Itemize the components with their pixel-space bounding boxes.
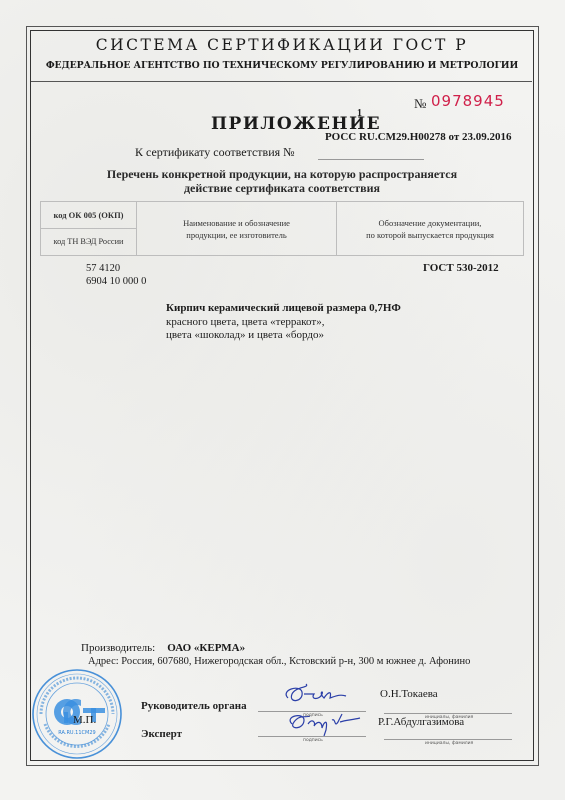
form-number-label: № — [414, 96, 426, 112]
head-name: О.Н.Токаева — [380, 688, 438, 700]
head-signature-caption: подпись — [303, 713, 323, 718]
producer: Производитель:ОАО «КЕРМА» — [81, 642, 245, 654]
documentation-header-line-1: Обозначение документации, — [339, 217, 521, 229]
expert-signature-caption: подпись — [303, 738, 323, 743]
product-name-header: Наименование и обозначение продукции, ее… — [137, 202, 337, 256]
system-title: СИСТЕМА СЕРТИФИКАЦИИ ГОСТ Р — [30, 36, 534, 54]
head-signature-icon — [280, 680, 350, 710]
code-okp-header: код ОК 005 (ОКП) — [41, 202, 137, 229]
product-name-header-line-1: Наименование и обозначение — [139, 217, 334, 229]
head-signature-line — [258, 711, 366, 712]
producer-label: Производитель: — [81, 642, 155, 654]
agency-name: ФЕДЕРАЛЬНОЕ АГЕНТСТВО ПО ТЕХНИЧЕСКОМУ РЕ… — [30, 60, 534, 71]
expert-name: Р.Г.Абдулгазимова — [378, 716, 464, 728]
product-document: ГОСТ 530-2012 — [423, 262, 499, 274]
scope-line-1: Перечень конкретной продукции, на котору… — [40, 167, 524, 181]
product-description: Кирпич керамический лицевой размера 0,7Н… — [166, 302, 401, 343]
scope-statement: Перечень конкретной продукции, на котору… — [40, 167, 524, 195]
certificate-label: К сертификату соответствия № — [135, 145, 295, 160]
header-table: код ОК 005 (ОКП) Наименование и обозначе… — [40, 201, 524, 256]
product-name-header-line-2: продукции, ее изготовитель — [139, 229, 334, 241]
code-okp: 57 4120 — [86, 262, 146, 275]
expert-name-caption: инициалы, фамилия — [425, 741, 473, 746]
product-desc-line-1: красного цвета, цвета «терракот», — [166, 316, 401, 330]
form-number: 0978945 — [431, 92, 505, 110]
product-desc-line-2: цвета «шоколад» и цвета «бордо» — [166, 329, 401, 343]
stamp-mark: М.П. — [73, 714, 96, 726]
code-tnved-header: код ТН ВЭД России — [41, 229, 137, 256]
expert-name-line — [384, 739, 512, 740]
head-name-line — [384, 713, 512, 714]
producer-address: Адрес: Россия, 607680, Нижегородская обл… — [88, 656, 470, 667]
head-of-body-label: Руководитель органа — [141, 700, 247, 712]
expert-label: Эксперт — [141, 728, 182, 740]
expert-signature-line — [258, 736, 366, 737]
certificate-number-line — [318, 159, 424, 160]
certificate-reference: РОСС RU.СМ29.Н00278 от 23.09.2016 — [325, 131, 512, 143]
code-tnved: 6904 10 000 0 — [86, 275, 146, 288]
producer-name: ОАО «КЕРМА» — [167, 642, 245, 654]
documentation-header: Обозначение документации, по которой вып… — [337, 202, 524, 256]
scope-line-2: действие сертификата соответствия — [40, 181, 524, 195]
header-divider — [31, 81, 532, 82]
svg-text:RA.RU.11СМ29: RA.RU.11СМ29 — [58, 730, 95, 736]
product-name: Кирпич керамический лицевой размера 0,7Н… — [166, 302, 401, 316]
documentation-header-line-2: по которой выпускается продукция — [339, 229, 521, 241]
product-codes: 57 4120 6904 10 000 0 — [86, 262, 146, 288]
